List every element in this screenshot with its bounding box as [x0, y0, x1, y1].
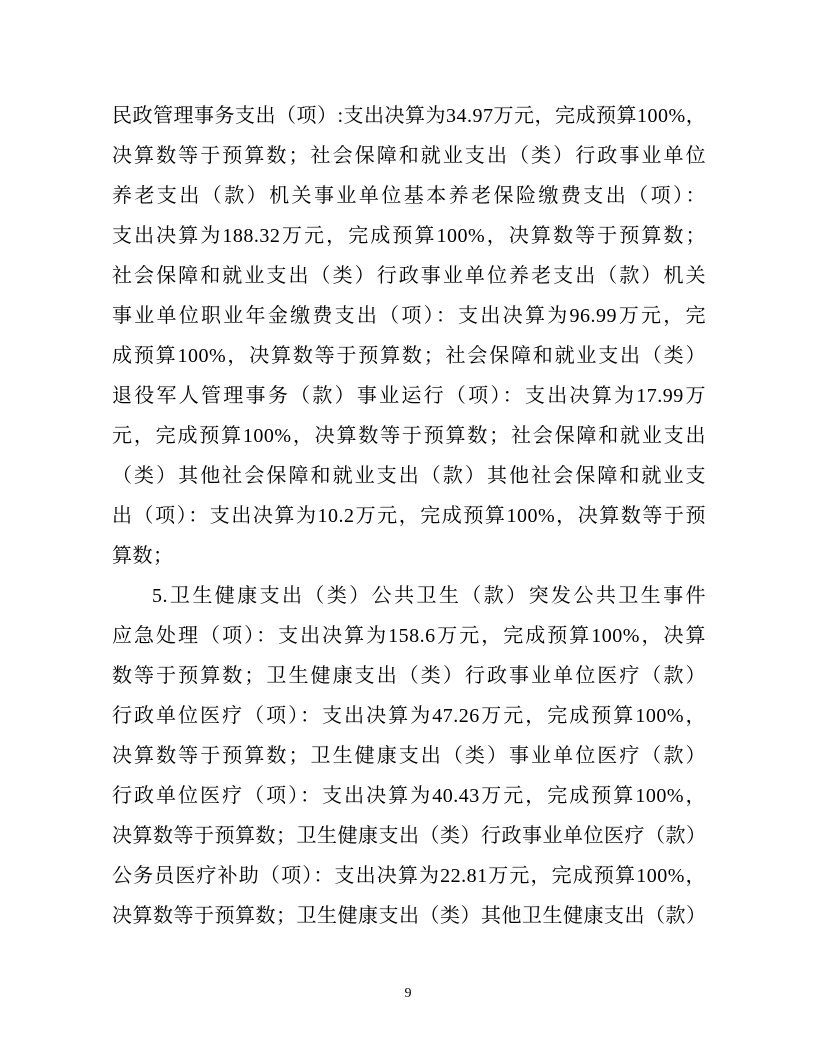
- text-line: 支出决算为188.32万元，完成预算100%，决算数等于预算数；: [112, 216, 706, 256]
- text-line: 退役军人管理事务（款）事业运行（项）：支出决算为17.99万: [112, 376, 706, 416]
- text-line: 应急处理（项）：支出决算为158.6万元，完成预算100%，决算: [112, 616, 706, 656]
- text-line: 出（项）：支出决算为10.2万元，完成预算100%，决算数等于预: [112, 496, 706, 536]
- text-line: 社会保障和就业支出（类）行政事业单位养老支出（款）机关: [112, 256, 706, 296]
- document-body: 民政管理事务支出（项）:支出决算为34.97万元，完成预算100%，决算数等于预…: [112, 96, 706, 936]
- page-number: 9: [0, 984, 816, 1004]
- text-line: 数等于预算数；卫生健康支出（类）行政事业单位医疗（款）: [112, 656, 706, 696]
- text-line: 元，完成预算100%，决算数等于预算数；社会保障和就业支出: [112, 416, 706, 456]
- text-line: 公务员医疗补助（项）：支出决算为22.81万元，完成预算100%，: [112, 856, 706, 896]
- text-line: 行政单位医疗（项）：支出决算为47.26万元，完成预算100%，: [112, 696, 706, 736]
- text-line: 决算数等于预算数；卫生健康支出（类）其他卫生健康支出（款）: [112, 896, 706, 936]
- text-line: 行政单位医疗（项）：支出决算为40.43万元，完成预算100%，: [112, 776, 706, 816]
- text-line: 决算数等于预算数；卫生健康支出（类）行政事业单位医疗（款）: [112, 816, 706, 856]
- text-line: 成预算100%，决算数等于预算数；社会保障和就业支出（类）: [112, 336, 706, 376]
- text-line: 养老支出（款）机关事业单位基本养老保险缴费支出（项）：: [112, 176, 706, 216]
- text-line: 决算数等于预算数；社会保障和就业支出（类）行政事业单位: [112, 136, 706, 176]
- text-line: 事业单位职业年金缴费支出（项）：支出决算为96.99万元，完: [112, 296, 706, 336]
- text-line: 算数；: [112, 536, 706, 576]
- document-page: 民政管理事务支出（项）:支出决算为34.97万元，完成预算100%，决算数等于预…: [0, 0, 816, 1056]
- text-line: 5.卫生健康支出（类）公共卫生（款）突发公共卫生事件: [112, 576, 706, 616]
- text-line: （类）其他社会保障和就业支出（款）其他社会保障和就业支: [112, 456, 706, 496]
- text-line: 民政管理事务支出（项）:支出决算为34.97万元，完成预算100%，: [112, 96, 706, 136]
- text-line: 决算数等于预算数；卫生健康支出（类）事业单位医疗（款）: [112, 736, 706, 776]
